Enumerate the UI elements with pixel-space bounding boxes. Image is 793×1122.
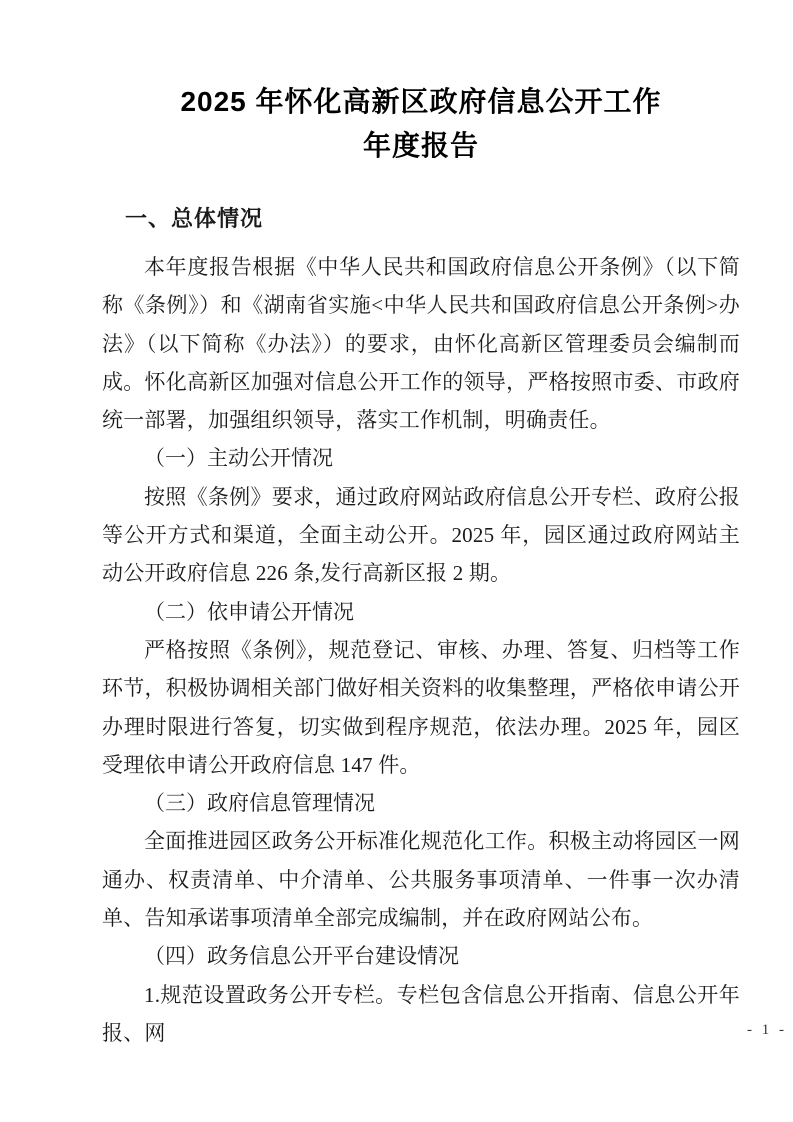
title-line-1: 2025 年怀化高新区政府信息公开工作 — [102, 80, 740, 124]
page-number: - 1 - — [747, 1022, 787, 1039]
paragraph-platform-construction: 1.规范设置政务公开专栏。专栏包含信息公开指南、信息公开年报、网 — [102, 976, 740, 1053]
paragraph-proactive-disclosure: 按照《条例》要求，通过政府网站政府信息公开专栏、政府公报等公开方式和渠道，全面主… — [102, 478, 740, 593]
paragraph-disclosure-upon-request: 严格按照《条例》，规范登记、审核、办理、答复、归档等工作环节，积极协调相关部门做… — [102, 631, 740, 784]
title-line-2: 年度报告 — [102, 124, 740, 168]
subheading-platform-construction: （四）政务信息公开平台建设情况 — [102, 937, 740, 975]
document-page: 2025 年怀化高新区政府信息公开工作 年度报告 一、总体情况 本年度报告根据《… — [0, 0, 793, 1122]
subheading-information-management: （三）政府信息管理情况 — [102, 784, 740, 822]
section-heading-overview: 一、总体情况 — [102, 200, 740, 238]
document-title: 2025 年怀化高新区政府信息公开工作 年度报告 — [102, 80, 740, 168]
subheading-disclosure-upon-request: （二）依申请公开情况 — [102, 593, 740, 631]
paragraph-overview: 本年度报告根据《中华人民共和国政府信息公开条例》（以下简称《条例》）和《湖南省实… — [102, 248, 740, 439]
paragraph-information-management: 全面推进园区政务公开标准化规范化工作。积极主动将园区一网通办、权责清单、中介清单… — [102, 822, 740, 937]
subheading-proactive-disclosure: （一）主动公开情况 — [102, 439, 740, 477]
